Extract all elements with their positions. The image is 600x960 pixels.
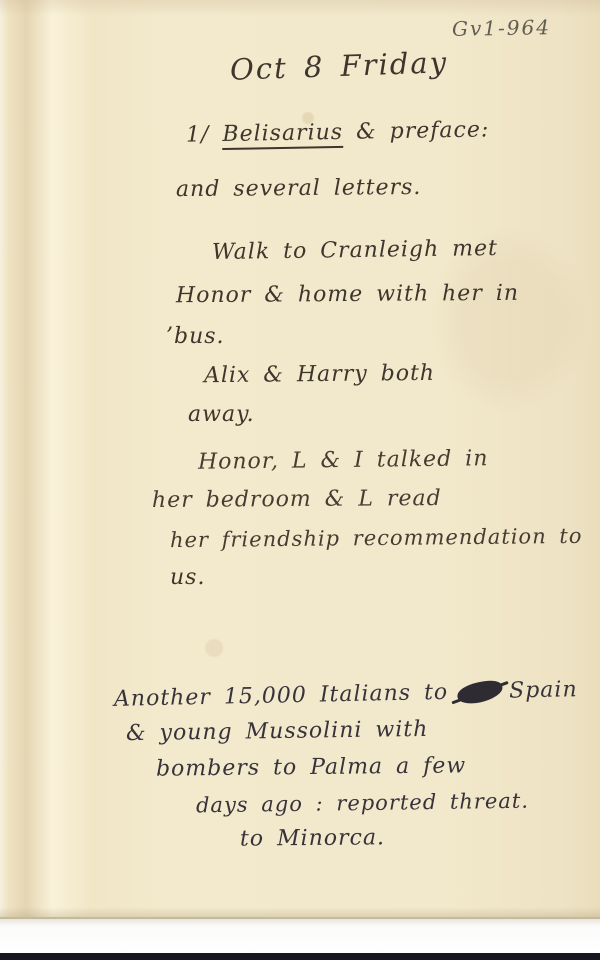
diary-line: us.: [170, 567, 205, 589]
archive-reference: Gv1-964: [452, 15, 551, 41]
diary-line: ’bus.: [166, 326, 225, 348]
diary-line: 1/ Belisarius & preface:: [186, 119, 490, 146]
scan-bottom-edge: [0, 953, 600, 960]
scribbled-out-word: [456, 678, 505, 707]
scanner-white-strip: [0, 919, 600, 953]
line-text: Another 15,000 Italians to: [114, 680, 449, 712]
diary-line: Honor & home with her in: [176, 283, 519, 307]
line-text: 1/: [186, 122, 223, 148]
diary-line: her friendship recommendation to: [170, 526, 583, 551]
date-heading: Oct 8 Friday: [230, 48, 449, 85]
paper-sheet: Gv1-964 Oct 8 Friday 1/ Belisarius & pre…: [0, 0, 600, 919]
scanned-diary-page: Gv1-964 Oct 8 Friday 1/ Belisarius & pre…: [0, 0, 600, 960]
diary-line: Alix & Harry both: [204, 363, 435, 387]
line-text: Spain: [509, 677, 578, 703]
news-note-line: bombers to Palma a few: [156, 755, 466, 780]
diary-line: Honor, L & I talked in: [198, 448, 489, 474]
diary-line: Walk to Cranleigh met: [212, 238, 498, 264]
news-note-line: Another 15,000 Italians toSpain: [114, 679, 578, 711]
underlined-book-title: Belisarius: [222, 120, 343, 150]
news-note-line: & young Mussolini with: [126, 719, 429, 745]
line-text: & preface:: [343, 117, 490, 145]
news-note-line: to Minorca.: [240, 827, 385, 850]
news-note-line: days ago : reported threat.: [196, 791, 529, 817]
diary-line: and several letters.: [176, 177, 422, 201]
diary-line: away.: [188, 404, 255, 426]
diary-line: her bedroom & L read: [152, 488, 442, 512]
